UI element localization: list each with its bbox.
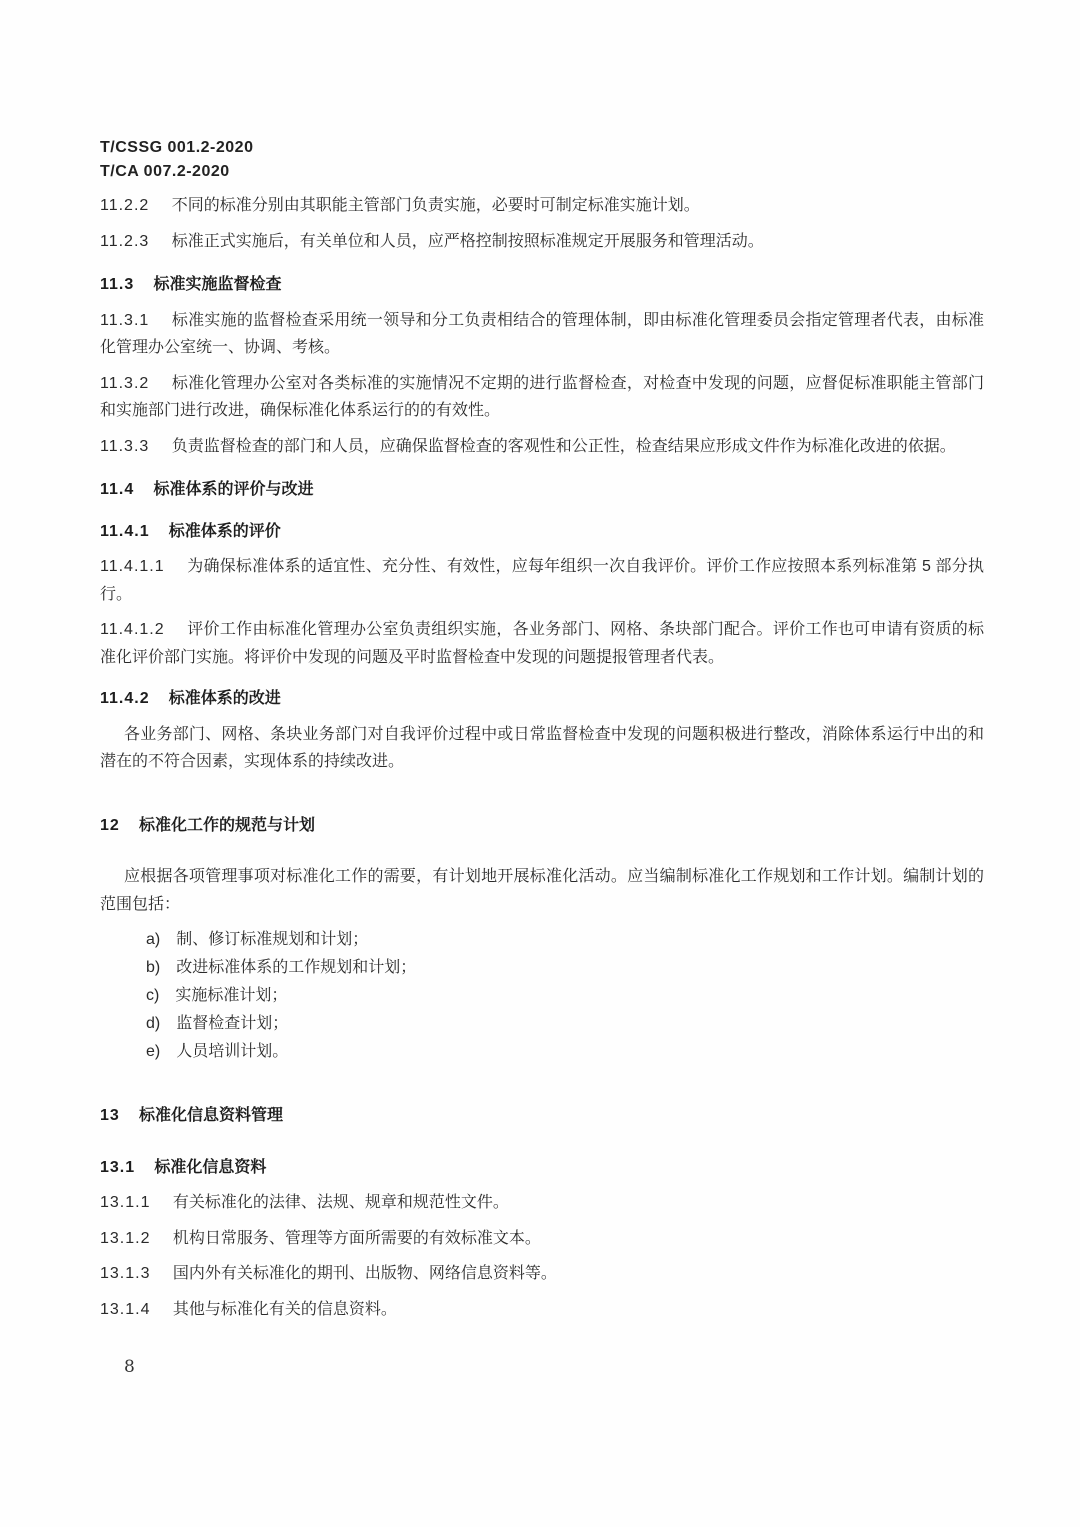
text-content: 各业务部门、网格、条块业务部门对自我评价过程中或日常监督检查中发现的问题积极进行… bbox=[100, 726, 984, 771]
list-item: c)实施标准计划； bbox=[100, 982, 984, 1010]
section-heading: 11.3标准实施监督检查 bbox=[100, 271, 984, 299]
text-content: 标准化管理办公室对各类标准的实施情况不定期的进行监督检查，对检查中发现的问题，应… bbox=[100, 375, 984, 420]
text-content: 人员培训计划。 bbox=[176, 1043, 288, 1060]
text-content: 其他与标准化有关的信息资料。 bbox=[173, 1301, 397, 1318]
clause-paragraph: 11.3.2标准化管理办公室对各类标准的实施情况不定期的进行监督检查，对检查中发… bbox=[100, 370, 984, 425]
list-item: b)改进标准体系的工作规划和计划； bbox=[100, 954, 984, 982]
text-content: 标准化信息资料管理 bbox=[139, 1107, 283, 1124]
clause-paragraph: 11.3.3负责监督检查的部门和人员，应确保监督检查的客观性和公正性，检查结果应… bbox=[100, 433, 984, 461]
clause-number: 13.1.4 bbox=[100, 1296, 150, 1324]
clause-number: 11.3.2 bbox=[100, 370, 149, 398]
section-heading: 11.4.2标准体系的改进 bbox=[100, 685, 984, 713]
clause-number: 13.1 bbox=[100, 1154, 135, 1182]
list-item: e)人员培训计划。 bbox=[100, 1038, 984, 1066]
clause-paragraph: 11.4.1.2评价工作由标准化管理办公室负责组织实施，各业务部门、网格、条块部… bbox=[100, 616, 984, 671]
clause-paragraph: 11.2.3标准正式实施后，有关单位和人员，应严格控制按照标准规定开展服务和管理… bbox=[100, 228, 984, 256]
body-paragraph: 各业务部门、网格、条块业务部门对自我评价过程中或日常监督检查中发现的问题积极进行… bbox=[100, 721, 984, 776]
list-item-label: a) bbox=[146, 926, 160, 954]
clause-paragraph: 13.1.1有关标准化的法律、法规、规章和规范性文件。 bbox=[100, 1189, 984, 1217]
clause-number: 13.1.2 bbox=[100, 1225, 150, 1253]
clause-number: 11.2.2 bbox=[100, 192, 149, 220]
section-heading: 11.4.1标准体系的评价 bbox=[100, 518, 984, 546]
list-item: a)制、修订标准规划和计划； bbox=[100, 926, 984, 954]
text-content: 有关标准化的法律、法规、规章和规范性文件。 bbox=[173, 1194, 509, 1211]
section-heading: 11.4标准体系的评价与改进 bbox=[100, 476, 984, 504]
list-item: d)监督检查计划； bbox=[100, 1010, 984, 1038]
list-item-label: d) bbox=[146, 1010, 160, 1038]
clause-paragraph: 11.2.2不同的标准分别由其职能主管部门负责实施，必要时可制定标准实施计划。 bbox=[100, 192, 984, 220]
text-content: 负责监督检查的部门和人员，应确保监督检查的客观性和公正性，检查结果应形成文件作为… bbox=[172, 438, 956, 455]
text-content: 评价工作由标准化管理办公室负责组织实施，各业务部门、网格、条块部门配合。评价工作… bbox=[100, 621, 984, 666]
clause-number: 11.3.3 bbox=[100, 433, 149, 461]
clause-paragraph: 11.3.1标准实施的监督检查采用统一领导和分工负责相结合的管理体制，即由标准化… bbox=[100, 307, 984, 362]
text-content: 标准体系的改进 bbox=[169, 690, 281, 707]
clause-number: 11.2.3 bbox=[100, 228, 149, 256]
standard-code-line-2: T/CA 007.2-2020 bbox=[100, 160, 984, 184]
clause-paragraph: 13.1.3国内外有关标准化的期刊、出版物、网络信息资料等。 bbox=[100, 1260, 984, 1288]
clause-paragraph: 11.4.1.1为确保标准体系的适宜性、充分性、有效性，应每年组织一次自我评价。… bbox=[100, 553, 984, 608]
clause-number: 11.4.2 bbox=[100, 685, 150, 713]
text-content: 不同的标准分别由其职能主管部门负责实施，必要时可制定标准实施计划。 bbox=[172, 197, 700, 214]
section-heading: 12标准化工作的规范与计划 bbox=[100, 812, 984, 840]
clause-number: 13.1.1 bbox=[100, 1189, 150, 1217]
text-content: 标准化信息资料 bbox=[154, 1159, 266, 1176]
document-page: T/CSSG 001.2-2020 T/CA 007.2-2020 11.2.2… bbox=[0, 0, 1080, 1527]
section-heading: 13标准化信息资料管理 bbox=[100, 1102, 984, 1130]
section-heading: 13.1标准化信息资料 bbox=[100, 1154, 984, 1182]
text-content: 实施标准计划； bbox=[175, 987, 287, 1004]
clause-number: 12 bbox=[100, 812, 120, 840]
body-paragraph: 应根据各项管理事项对标准化工作的需要，有计划地开展标准化活动。应当编制标准化工作… bbox=[100, 863, 984, 918]
clause-number: 13 bbox=[100, 1102, 120, 1130]
text-content: 标准化工作的规范与计划 bbox=[139, 817, 315, 834]
text-content: 为确保标准体系的适宜性、充分性、有效性，应每年组织一次自我评价。评价工作应按照本… bbox=[100, 558, 984, 603]
text-content: 标准实施的监督检查采用统一领导和分工负责相结合的管理体制，即由标准化管理委员会指… bbox=[100, 312, 984, 357]
text-content: 改进标准体系的工作规划和计划； bbox=[176, 959, 416, 976]
clause-paragraph: 13.1.4其他与标准化有关的信息资料。 bbox=[100, 1296, 984, 1324]
page-footer: 8 bbox=[100, 1357, 984, 1377]
text-content: 标准正式实施后，有关单位和人员，应严格控制按照标准规定开展服务和管理活动。 bbox=[172, 233, 764, 250]
document-header: T/CSSG 001.2-2020 T/CA 007.2-2020 bbox=[100, 136, 984, 184]
list-item-label: c) bbox=[146, 982, 159, 1010]
page-number: 8 bbox=[124, 1357, 135, 1377]
clause-number: 13.1.3 bbox=[100, 1260, 150, 1288]
standard-code-line-1: T/CSSG 001.2-2020 bbox=[100, 136, 984, 160]
text-content: 应根据各项管理事项对标准化工作的需要，有计划地开展标准化活动。应当编制标准化工作… bbox=[100, 868, 984, 913]
clause-number: 11.4.1.2 bbox=[100, 616, 165, 644]
list-item-label: b) bbox=[146, 954, 160, 982]
clause-number: 11.4.1 bbox=[100, 518, 150, 546]
text-content: 标准体系的评价与改进 bbox=[153, 481, 313, 498]
text-content: 制、修订标准规划和计划； bbox=[176, 931, 368, 948]
document-body: 11.2.2不同的标准分别由其职能主管部门负责实施，必要时可制定标准实施计划。1… bbox=[100, 192, 984, 1323]
text-content: 监督检查计划； bbox=[176, 1015, 288, 1032]
text-content: 标准实施监督检查 bbox=[153, 276, 281, 293]
clause-number: 11.3 bbox=[100, 271, 134, 299]
clause-number: 11.3.1 bbox=[100, 307, 149, 335]
page-content: T/CSSG 001.2-2020 T/CA 007.2-2020 11.2.2… bbox=[0, 0, 1080, 1377]
clause-paragraph: 13.1.2机构日常服务、管理等方面所需要的有效标准文本。 bbox=[100, 1225, 984, 1253]
clause-number: 11.4.1.1 bbox=[100, 553, 165, 581]
list-item-label: e) bbox=[146, 1038, 160, 1066]
text-content: 国内外有关标准化的期刊、出版物、网络信息资料等。 bbox=[173, 1265, 557, 1282]
clause-number: 11.4 bbox=[100, 476, 134, 504]
text-content: 机构日常服务、管理等方面所需要的有效标准文本。 bbox=[173, 1230, 541, 1247]
text-content: 标准体系的评价 bbox=[169, 523, 281, 540]
